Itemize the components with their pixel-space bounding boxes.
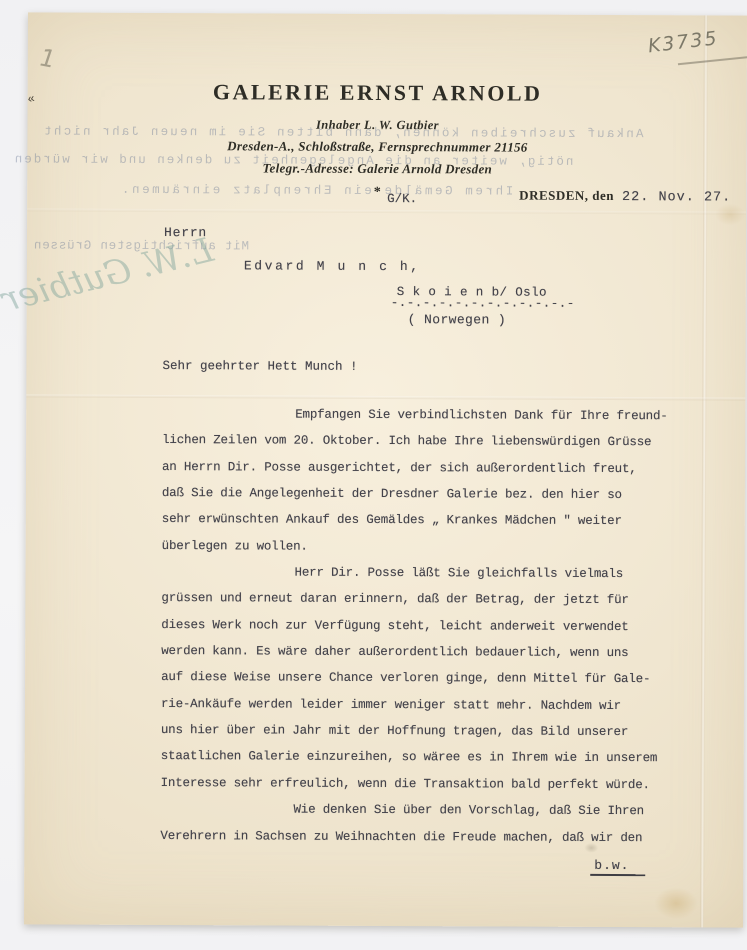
- dateline: DRESDEN, den22. Nov. 27.: [519, 187, 731, 206]
- corner-pencil-mark: 1: [35, 44, 59, 74]
- turn-over-note: b.w.: [590, 858, 645, 876]
- body-line: auf diese Weise unsere Chance verloren g…: [161, 664, 671, 693]
- edge-pencil-mark: «: [26, 92, 34, 107]
- body-line: Verehrern in Sachsen zu Weihnachten die …: [160, 823, 670, 852]
- gallery-name: GALERIE ERNST ARNOLD: [118, 79, 638, 107]
- recipient-city-underline: -.-.-.-.-.-.-.-.-.-.-.-: [391, 296, 575, 311]
- body-line: dieses Werk noch zur Verfügung steht, le…: [161, 612, 671, 641]
- place-line: DRESDEN, den: [519, 188, 614, 203]
- catalog-number-annotation: K3735: [647, 27, 720, 57]
- letter-date: 22. Nov. 27.: [622, 190, 731, 205]
- paper-crease-vertical: [700, 15, 708, 927]
- body-line: daß Sie die Angelegenheit der Dresdner G…: [162, 480, 672, 509]
- reference-initials: G/K.: [387, 192, 417, 206]
- owner-line: Inhaber L. W. Gutbier: [117, 117, 637, 134]
- address-line: Dresden-A., Schloßstraße, Fernsprechnumm…: [117, 138, 637, 156]
- scanned-letter: Ankauf zuschreiben können, dann bitten S…: [0, 0, 747, 950]
- body-line: werden kann. Es wäre daher außerordentli…: [161, 638, 671, 667]
- letter-paper: Ankauf zuschreiben können, dann bitten S…: [24, 12, 747, 927]
- recipient-prefix: Herrn: [164, 225, 207, 240]
- body-line: Empfangen Sie verbindlichsten Dank für I…: [162, 401, 672, 430]
- telegram-line: Telegr.-Adresse: Galerie Arnold Dresden: [117, 160, 637, 178]
- paper-stain: [715, 203, 745, 225]
- recipient-name: Edvard M u n c h,: [244, 258, 421, 274]
- paper-stain: [654, 887, 698, 919]
- letter-body: Empfangen Sie verbindlichsten Dank für I…: [160, 401, 672, 851]
- body-line: Interesse sehr erfreulich, wenn die Tran…: [161, 770, 671, 799]
- paper-crease-horizontal: [27, 208, 746, 214]
- body-line: uns hier über ein Jahr mit der Hoffnung …: [161, 717, 671, 746]
- body-line: Wie denken Sie über den Vorschlag, daß S…: [160, 796, 670, 825]
- body-line: lichen Zeilen vom 20. Oktober. Ich habe …: [162, 427, 672, 456]
- body-line: überlegen zu wollen.: [162, 533, 672, 562]
- body-line: an Herrn Dir. Posse ausgerichtet, der si…: [162, 454, 672, 483]
- body-line: staatlichen Galerie einzureihen, so wäre…: [161, 743, 671, 772]
- body-line: sehr erwünschten Ankauf des Gemäldes „ K…: [162, 506, 672, 535]
- body-line: grüssen und erneut daran erinnern, daß d…: [161, 585, 671, 614]
- body-line: Herr Dir. Posse läßt Sie gleichfalls vie…: [161, 559, 671, 588]
- paper-crease-horizontal: [26, 394, 745, 400]
- body-line: rie-Ankäufe werden leider immer weniger …: [161, 691, 671, 720]
- letterhead: GALERIE ERNST ARNOLD Inhaber L. W. Gutbi…: [117, 79, 638, 202]
- catalog-number-underline: [678, 56, 747, 66]
- salutation: Sehr geehrter Hett Munch !: [162, 359, 357, 374]
- recipient-country: ( Norwegen ): [408, 312, 506, 327]
